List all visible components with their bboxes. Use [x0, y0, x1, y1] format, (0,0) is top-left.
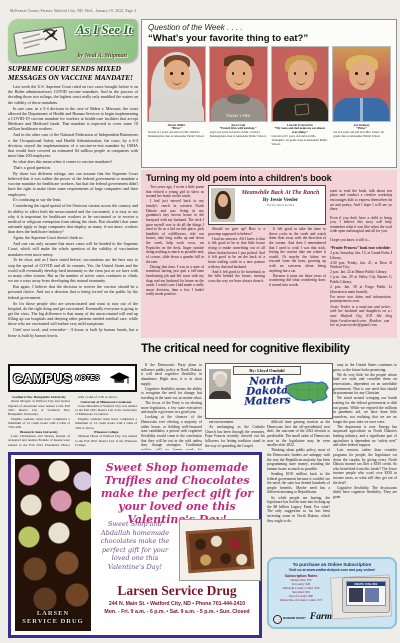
- schedule-item: 2 p.m. Saturday, Jan. 15, at Grand Forks…: [330, 251, 392, 260]
- campus-paragraph: Dawn Morgan of Watford City and Jessica …: [8, 399, 70, 416]
- page-header-line: McKenzie County Farmer, Watford City, ND…: [10, 9, 136, 13]
- editorial-paragraph: So what does this mean when it comes to …: [8, 159, 138, 164]
- ranch-col4-intro: want to read the book, talk about sense …: [330, 189, 392, 243]
- ranch-paragraph: And it felt good to be horseback in the …: [208, 270, 265, 284]
- omdahl-paragraph: Last session, rather than consider progr…: [333, 448, 397, 485]
- subscription-content: Subscription Rates Online Only: $35In Co…: [273, 574, 391, 618]
- campus-notes: CAMPUS NOTES Southern New Hampshire Univ…: [8, 364, 137, 450]
- campus-notes-columns: Southern New Hampshire University Dawn M…: [8, 395, 137, 447]
- qow-caption: Lincoln Echevarria “My mom and dad make …: [272, 123, 329, 146]
- editorial-paragraph: That's a good question.: [8, 165, 138, 170]
- ranch-mid-columns: Should we give up? How is a grownup supp…: [208, 227, 326, 327]
- schedule-items: 2 p.m. Saturday, Jan. 15, at Grand Forks…: [330, 251, 392, 304]
- ranch-paragraph: It felt good to take the time to throw r…: [269, 227, 326, 273]
- question-of-week-box: Question of the Week . . . . “What's you…: [141, 19, 397, 168]
- omdahl-paragraph: omy in the United States continues to gr…: [333, 363, 397, 372]
- qow-photo-row: TODAY I FED: [148, 47, 390, 121]
- ranch-paragraph: I had just moved back to my family's ran…: [146, 199, 204, 264]
- globe-icon: [273, 615, 282, 624]
- ranch-paragraph: Even if you don't have a child to bring …: [330, 216, 392, 235]
- omdahl-col-1: If the Democratic Party plans to influen…: [141, 363, 202, 450]
- qow-kicker: Question of the Week . . . .: [148, 23, 390, 32]
- face-shape: [226, 60, 252, 90]
- qow-caption: Aryn Craft “French fries with ketchup.” …: [210, 123, 267, 146]
- farmer-logo-county: McKENZIE COUNTY: [283, 617, 306, 620]
- face-shape: [215, 374, 226, 387]
- photo-aryn-craft: TODAY I FED: [210, 47, 267, 121]
- omdahl-paragraph: Thinking about public policy, most of th…: [267, 448, 330, 471]
- ranch-paragraph: want to read the book, talk about sense …: [330, 189, 392, 212]
- photo-overlay-logo: LARSEN SERVICE DRUG: [15, 610, 91, 626]
- monitor-screen: NEWS ONLINE: [346, 581, 386, 606]
- omdahl-paragraph: So while people are hurting, the legisla…: [267, 496, 330, 524]
- larsen-drug-ad: LARSEN SERVICE DRUG Sweet Shop homemade …: [8, 452, 262, 638]
- omdahl-paragraph: difficult time gaining traction as the D…: [267, 420, 330, 448]
- news-online-graphic: NEWS ONLINE: [329, 574, 391, 618]
- editorial-paragraph: To be clear, and as I have stated before…: [8, 257, 138, 283]
- schedule-item: For more tour dates and information, vis…: [330, 295, 392, 304]
- lloyd-omdahl-photo: [209, 369, 231, 399]
- store-name: Larsen Service Drug: [95, 583, 259, 599]
- ranch-col-4: want to read the book, talk about sense …: [330, 185, 392, 331]
- face-shape: [288, 60, 314, 90]
- graduation-cap-icon: [108, 369, 132, 387]
- subscription-url-line: Visit us at www.watfordcitynd.com and pa…: [273, 568, 391, 572]
- photo-jax-delaney: [333, 47, 390, 121]
- omdahl-col-2: ent environment.As unchanging as the Cat…: [205, 420, 265, 450]
- shirt-shape: [273, 98, 328, 121]
- overlay-line-2: SERVICE DRUG: [15, 618, 91, 626]
- store-address: 244 N. Main St. • Watford City, ND • Pho…: [95, 601, 259, 607]
- omdahl-paragraph: Sending $150 million back to the federal…: [267, 472, 330, 495]
- editorial-body: Last week the U.S. Supreme Court ruled o…: [8, 84, 138, 348]
- ranch-columns: Two years ago, I wrote a little poem tha…: [146, 185, 392, 331]
- editorial-paragraph: And in the other case of the National Fe…: [8, 132, 138, 158]
- ad-headline: Sweet Shop homemade Truffles and Chocola…: [95, 462, 259, 527]
- chocolates-photo: LARSEN SERVICE DRUG: [15, 459, 91, 631]
- book-tour-schedule: “Prairie Princess” book tour schedule: 2…: [330, 246, 392, 304]
- face-shape: [349, 60, 375, 90]
- photo-lincoln-echevarria: [272, 47, 329, 121]
- omdahl-paragraph: As unchanging as the Catholic Church has…: [205, 425, 265, 448]
- rates-list: Online Only: $35In County: $40Online/In …: [273, 578, 329, 602]
- editorial-paragraph: Again, the Supreme Court doesn't think s…: [8, 235, 138, 240]
- ranch-middle: Meanwhile Back At The Ranch By Jessie Ve…: [208, 185, 326, 331]
- schedule-item: 4:30 p.m. Friday, Jan. 21, at Door 204 i…: [330, 261, 392, 270]
- editorial-paragraph: By those two different rulings, one can …: [8, 171, 138, 197]
- ranch-paragraph: Because it turns out those years of wond…: [269, 274, 326, 288]
- column-title: Meanwhile Back At The Ranch: [238, 190, 323, 197]
- respondent-bio: Steven is 5 years old and is in Mr. Oxfe…: [148, 131, 205, 139]
- campus-paragraph: Jonas Mundahl of Watford City was named …: [75, 404, 137, 417]
- campus-notes-logo: CAMPUS NOTES: [8, 364, 137, 392]
- store-hours: Mon. - Fri. 9 a.m. - 6 p.m. • Sat. 9 a.m…: [95, 609, 259, 615]
- subscription-rates: Subscription Rates Online Only: $35In Co…: [273, 574, 329, 618]
- ranch-byline-box: Meanwhile Back At The Ranch By Jessie Ve…: [208, 185, 326, 225]
- mini-newspaper-pages: [347, 586, 385, 604]
- ranch-paragraph: Should we give up? How is a grownup supp…: [208, 227, 265, 236]
- editorial-paragraph: Considering the rapid spread of the Omic…: [8, 203, 138, 234]
- respondent-bio: Lincoln is 6½ years old and is in Ms. Tu…: [272, 135, 329, 147]
- jacket-shape: [334, 98, 389, 121]
- schedule-item: 1 p.m. Jan. 29 at Valley City Barnes Cou…: [330, 275, 392, 284]
- ranch-col-1: Two years ago, I wrote a little poem tha…: [146, 185, 204, 331]
- face-shape: [164, 60, 190, 90]
- ranch-article: Turning my old poem into a children's bo…: [141, 170, 397, 338]
- subscription-title: To purchase an Online Subscription: [273, 562, 391, 567]
- as-i-see-it-logo: As I See It by Neal A. Shipman: [8, 19, 137, 62]
- editorial-paragraph: But again, I believe that the decision t…: [8, 284, 138, 300]
- qow-caption: Steven Miller “Pizza.” Steven is 5 years…: [148, 123, 205, 146]
- computer-monitor-shape: NEWS ONLINE: [342, 577, 390, 613]
- editorial-paragraph: In one case, in a 5-4 decision in the ca…: [8, 106, 138, 132]
- chocolate-box-photo: [179, 519, 261, 581]
- schedule-title: “Prairie Princess” book tour schedule:: [330, 246, 392, 251]
- editorial-paragraph: Last week the U.S. Supreme Court ruled o…: [8, 84, 138, 105]
- schedule-item: 2 p.m. Jan. 30 at Fargo Public Library (…: [330, 285, 392, 294]
- omdahl-paragraph: Cognitive flexibility means the ability …: [141, 387, 202, 401]
- omdahl-paragraph: Looking at the chances of the Democrats …: [141, 415, 202, 450]
- editorial-paragraph: And one can only assume that more cases …: [8, 241, 138, 257]
- face-shape: [218, 194, 228, 207]
- ranch-paragraph: During that time, I was in a state of tr…: [146, 265, 204, 297]
- shirt-shape: [149, 98, 204, 121]
- editorial-headline: SUPREME COURT SENDS MIXED MESSAGES ON VA…: [8, 65, 138, 82]
- campus-logo-word: CAMPUS: [13, 371, 72, 386]
- as-i-see-it-title: As I See It: [76, 22, 132, 38]
- ranch-col-3: It felt good to take the time to throw r…: [269, 227, 326, 327]
- photo-steven-miller: [148, 47, 205, 121]
- qow-caption: Jax Delaney “Pizza.” Jax is 6 years old …: [333, 123, 390, 146]
- campus-paragraph: Michael Olson of Watford City was named …: [75, 434, 137, 447]
- shirt-text: TODAY I FED: [210, 114, 267, 118]
- omdahl-paragraph: The focus of the Party is on electing mo…: [141, 401, 202, 415]
- omdahl-col-4: omy in the United States continues to gr…: [333, 363, 397, 553]
- school-paras: Dawn Morgan of Watford City and Jessica …: [8, 399, 70, 429]
- north-dakota-matters-script: North Dakota Matters: [230, 376, 305, 408]
- editorial-paragraph: It's confusing to say the least.: [8, 197, 138, 202]
- jessie-veeder-photo: [211, 188, 235, 222]
- subscription-box: To purchase an Online Subscription Visit…: [267, 557, 397, 629]
- omdahl-paragraph: If the Democratic Party plans to influen…: [141, 363, 202, 386]
- newspaper-sketch-icon: [10, 23, 72, 59]
- school-paras: with a GPA of 3.50 or above.: [75, 395, 137, 399]
- newspaper-page: McKenzie County Farmer, Watford City, ND…: [0, 0, 400, 643]
- ad-subtext: Sweet Shop and Abdallah homemade chocola…: [95, 520, 175, 571]
- editorial-paragraph: So for those people who are unvaccinated…: [8, 301, 138, 327]
- campus-col-1: Southern New Hampshire University Dawn M…: [8, 395, 70, 447]
- notes-logo-word: NOTES: [75, 375, 99, 382]
- editorial-paragraph: Until next week, and remember - A house …: [8, 327, 138, 337]
- suit-shape: [209, 391, 231, 399]
- qow-question: “What's your favorite thing to eat?”: [148, 33, 390, 44]
- mini-page-shape: [365, 588, 379, 602]
- chocolate-box-shape: [186, 527, 255, 574]
- ranch-byline-text: Meanwhile Back At The Ranch By Jessie Ve…: [238, 188, 323, 222]
- school-paras: Lane Christensen and Wesley Kindel of Ar…: [8, 434, 70, 447]
- omdahl-col-3: difficult time gaining traction as the D…: [267, 420, 330, 553]
- omdahl-paragraph: We stand around wringing our hands waiti…: [333, 396, 397, 424]
- campus-paragraph: Eligible students must have completed a …: [75, 417, 137, 430]
- mini-page-shape: [349, 588, 363, 602]
- respondent-bio: Aryn is 6 years old and is in Ms. Crosby…: [210, 131, 267, 139]
- as-i-see-it-byline: by Neal A. Shipman: [78, 53, 127, 59]
- respondent-bio: Jax is 6 years old and is in Mrs. Vane's…: [333, 131, 390, 139]
- omdahl-paragraph: Cognitive flexibility. The discussants d…: [333, 486, 397, 500]
- north-dakota-matters-box: By: Lloyd Omdahl North Dakota Matters: [205, 363, 333, 419]
- omdahl-paragraph: We do very little for the people whose l…: [333, 373, 397, 396]
- ranch-headline: Turning my old poem into a children's bo…: [146, 173, 392, 183]
- campus-paragraph: Lane Christensen and Wesley Kindel of Ar…: [8, 434, 70, 447]
- rate-item: Online/Out-of-County Combo: $75: [273, 598, 329, 602]
- ranch-paragraph: Two years ago, I wrote a little poem tha…: [146, 185, 204, 199]
- campus-paragraph: with a GPA of 3.50 or above.: [75, 395, 137, 399]
- author-bio: Jessie Veeder is a musician and writer l…: [330, 305, 392, 328]
- news-service: Forum News Service: [238, 203, 323, 207]
- campus-paragraph: Eligible students must have completed a …: [8, 417, 70, 430]
- qow-caption-row: Steven Miller “Pizza.” Steven is 5 years…: [148, 123, 390, 146]
- omdahl-headline: The critical need for cognitive flexibil…: [141, 341, 399, 355]
- ranch-paragraph: I had no answers. All I knew is that it …: [208, 237, 265, 269]
- school-paras: Jonas Mundahl of Watford City was named …: [75, 404, 137, 430]
- campus-col-2: with a GPA of 3.50 or above. University …: [75, 395, 137, 447]
- ranch-paragraph: I hope you know it still is...: [330, 238, 392, 243]
- omdahl-paragraph: The depression is over. Energy has surpa…: [333, 425, 397, 448]
- school-paras: Michael Olson of Watford City was named …: [75, 434, 137, 447]
- ranch-col-2: Should we give up? How is a grownup supp…: [208, 227, 265, 327]
- schedule-item: 2 p.m. Jan. 22 at Minot Public Library.: [330, 270, 392, 275]
- omdahl-paragraph: ent environment.: [205, 420, 265, 425]
